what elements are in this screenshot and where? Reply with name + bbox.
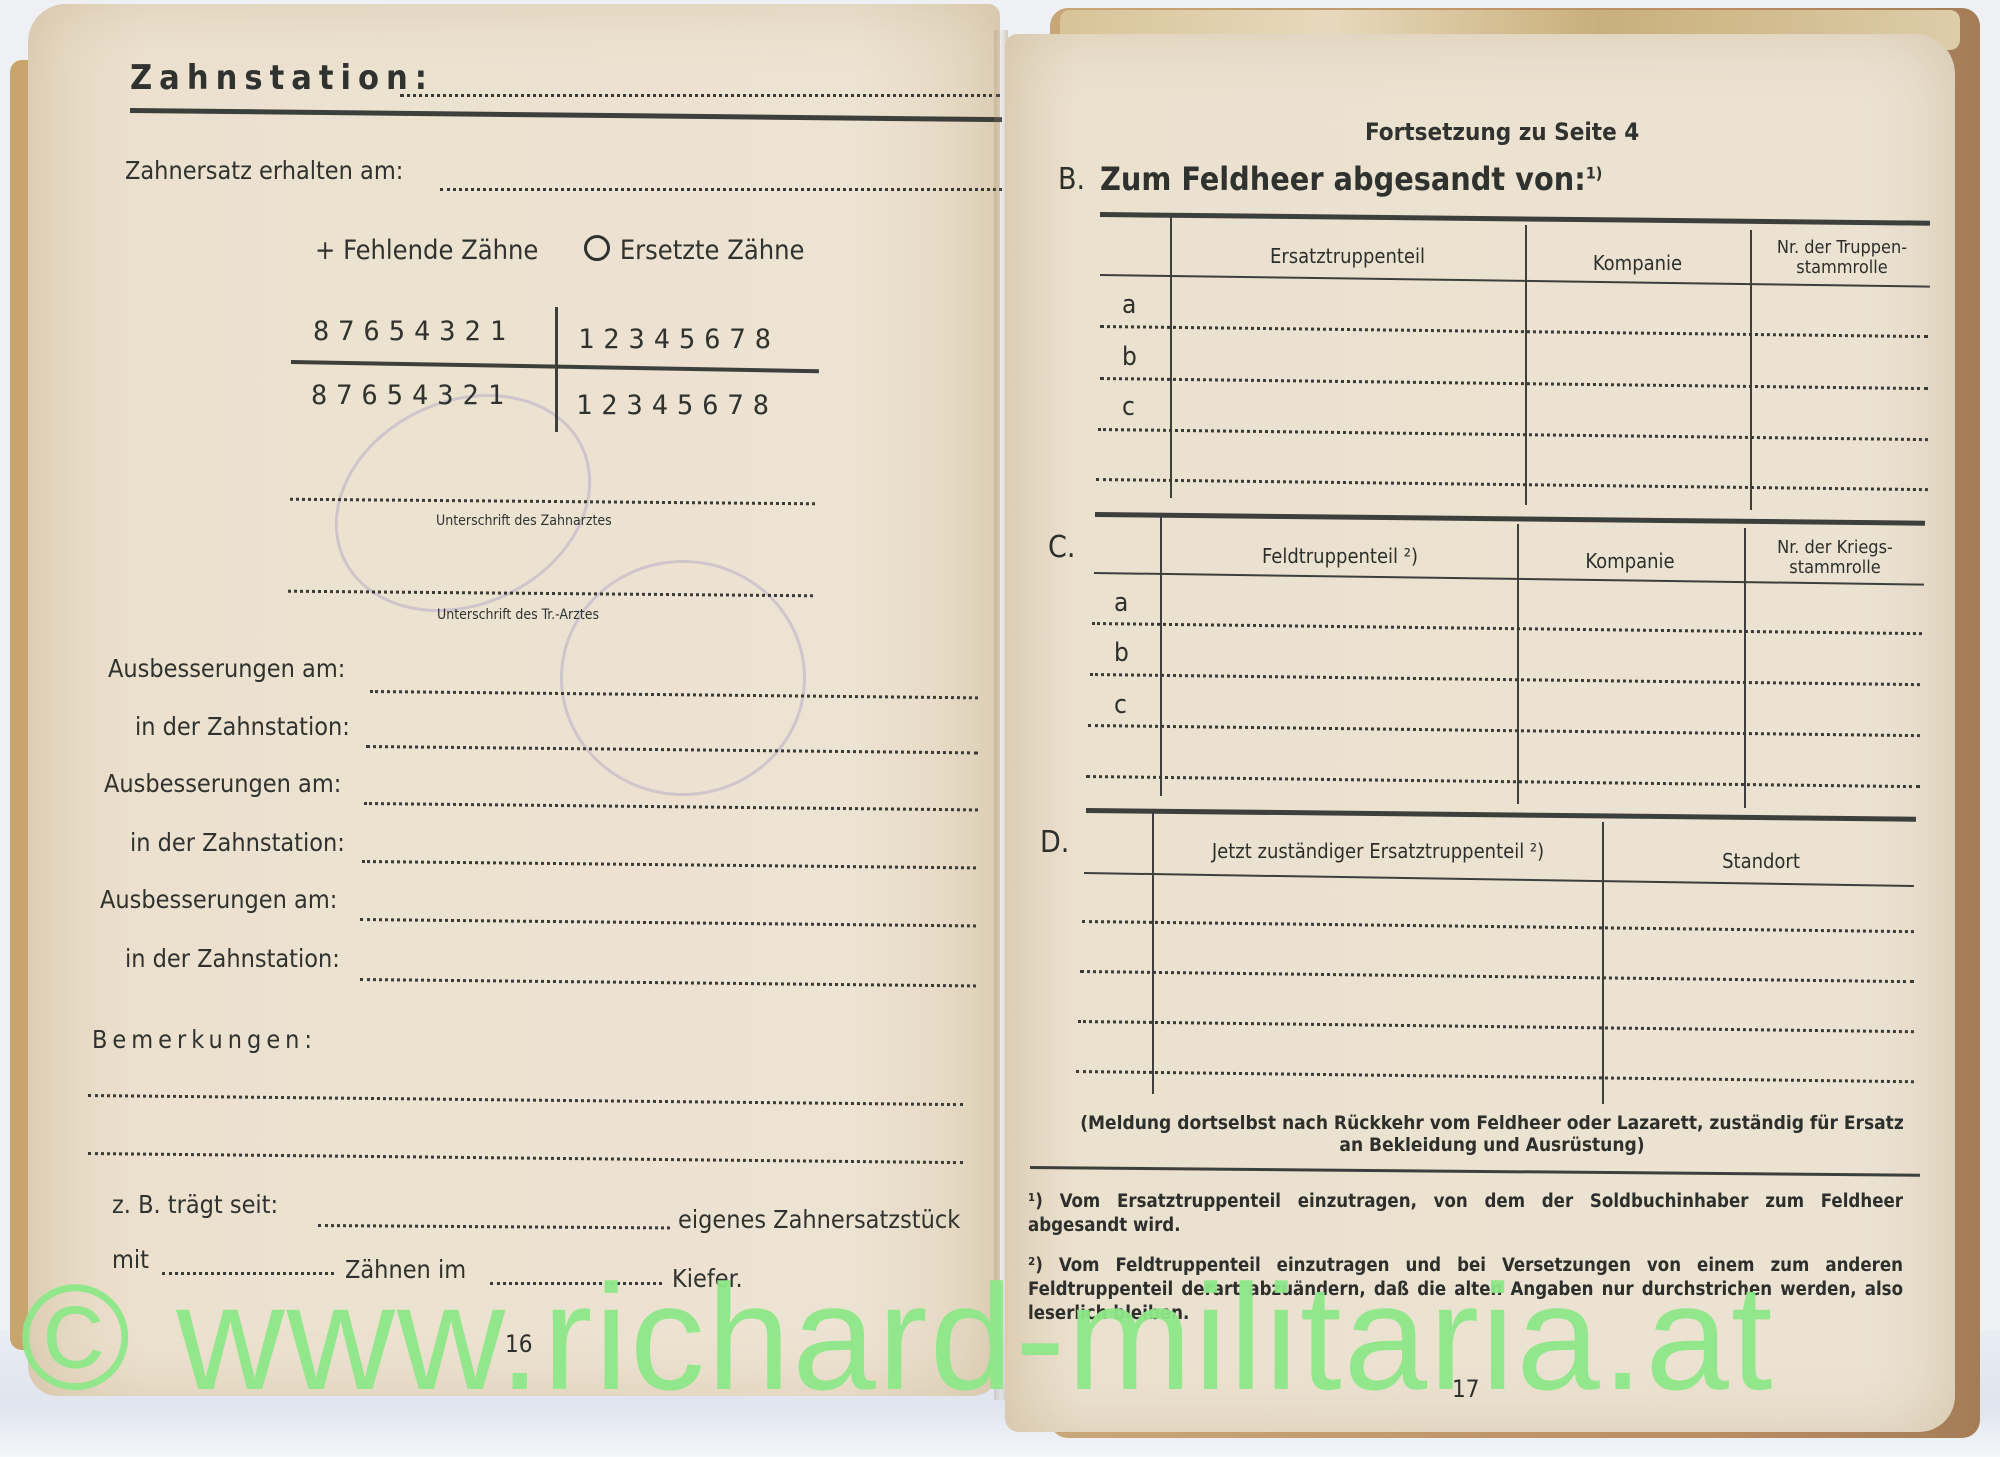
table-d-divider [1152, 812, 1154, 1094]
missing-teeth-label: Fehlende Zähne [343, 235, 538, 266]
table-c-col-feldtruppenteil: Feldtruppenteil ²) [1165, 545, 1515, 567]
table-b-row-c: c [1122, 392, 1135, 422]
return-report-note: (Meldung dortselbst nach Rückkehr vom Fe… [1062, 1112, 1922, 1156]
remarks-label: Bemerkungen: [92, 1025, 317, 1054]
tooth-chart-vertical-rule [555, 307, 558, 432]
replaced-teeth-circle-icon [584, 235, 610, 261]
table-c-col-stammrolle: Nr. der Kriegs- stammrolle [1745, 538, 1925, 578]
upper-right-teeth: 12345678 [578, 324, 780, 355]
left-page [28, 4, 1000, 1396]
replaced-teeth-label: Ersetzte Zähne [620, 235, 805, 266]
lower-right-teeth: 12345678 [576, 390, 778, 421]
legend: + Fehlende Zähne Ersetzte Zähne [315, 235, 804, 266]
continuation-note: Fortsetzung zu Seite 4 [1365, 118, 1639, 146]
table-b-row-b: b [1122, 342, 1137, 372]
repair-1-date-label: Ausbesserungen am: [108, 654, 345, 683]
zahnstation-field[interactable] [400, 94, 1000, 97]
table-b-col-kompanie: Kompanie [1530, 252, 1745, 274]
zahnstation-title: Zahnstation: [130, 58, 434, 98]
table-c-col-kompanie: Kompanie [1520, 550, 1740, 572]
return-report-note-line-1: (Meldung dortselbst nach Rückkehr vom Fe… [1062, 1112, 1922, 1134]
table-b-row-a: a [1122, 290, 1136, 320]
table-c-divider [1160, 516, 1162, 796]
table-b-divider [1525, 225, 1527, 505]
repair-3-date-label: Ausbesserungen am: [100, 885, 337, 914]
footnote-ref-1: 1) [1586, 163, 1603, 182]
upper-left-teeth: 87654321 [313, 316, 515, 347]
section-b-letter: B. [1058, 162, 1085, 197]
table-b-divider [1170, 216, 1172, 498]
table-c-row-a: a [1114, 588, 1128, 618]
copyright-watermark: © www.richard-militaria.at [20, 1262, 1775, 1412]
lower-left-teeth: 87654321 [311, 380, 513, 411]
table-c-divider [1517, 524, 1519, 804]
table-c-row-b: b [1114, 638, 1129, 668]
table-b-col-ersatztruppenteil: Ersatztruppenteil [1175, 245, 1520, 267]
table-c-row-c: c [1114, 690, 1127, 720]
table-b-col-stammrolle: Nr. der Truppen- stammrolle [1752, 238, 1932, 278]
missing-teeth-symbol: + [315, 235, 335, 266]
section-b-heading: Zum Feldheer abgesandt von:1) [1100, 160, 1602, 198]
table-d-col-ersatztruppenteil: Jetzt zuständiger Ersatztruppenteil ²) [1158, 840, 1598, 862]
dentist-signature-label: Unterschrift des Zahnarztes [436, 513, 612, 529]
section-d-letter: D. [1040, 825, 1069, 860]
own-denture-label: eigenes Zahnersatzstück [678, 1205, 960, 1234]
return-report-note-line-2: an Bekleidung und Ausrüstung) [1062, 1134, 1922, 1156]
repair-1-station-label: in der Zahnstation: [135, 712, 350, 741]
repair-2-date-label: Ausbesserungen am: [104, 769, 341, 798]
table-d-divider [1602, 822, 1604, 1104]
table-d-col-standort: Standort [1606, 850, 1916, 872]
repair-2-station-label: in der Zahnstation: [130, 828, 345, 857]
footnote-1: ¹) Vom Ersatztruppenteil einzutragen, vo… [1028, 1190, 1903, 1238]
denture-received-label: Zahnersatz erhalten am: [125, 156, 403, 185]
wearing-since-label: z. B. trägt seit: [112, 1190, 278, 1219]
section-b-heading-text: Zum Feldheer abgesandt von: [1100, 160, 1586, 198]
denture-received-field[interactable] [440, 188, 1002, 191]
section-c-letter: C. [1048, 530, 1075, 565]
repair-3-station-label: in der Zahnstation: [125, 944, 340, 973]
doctor-signature-label: Unterschrift des Tr.-Arztes [437, 607, 599, 623]
